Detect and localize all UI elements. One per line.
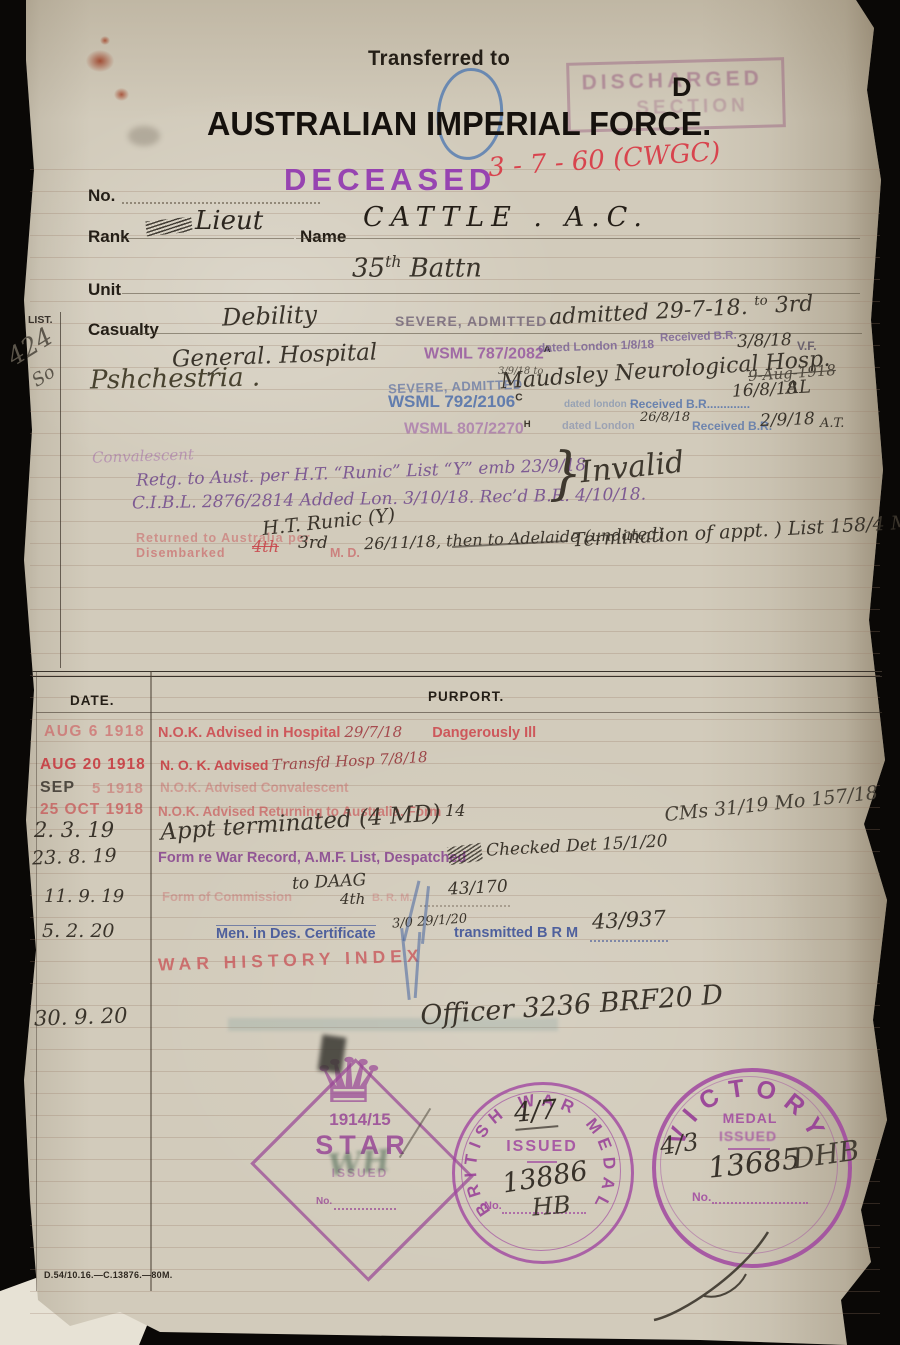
victory-no-line [712, 1202, 808, 1204]
wsml2-text: WSML 792/2106 [388, 392, 515, 411]
row-date-handwritten: 11. 9. 19 [44, 886, 124, 907]
purport-stamp-2: B. R. M. [372, 892, 412, 904]
row-date-stamp-2: 5 1918 [92, 780, 144, 797]
rank-label: Rank [88, 227, 130, 247]
table-row: N.O.K. Advised in Hospital 29/7/18 Dange… [158, 723, 536, 741]
gray-smudge [128, 126, 160, 146]
convalescent-note: Convalescent [92, 445, 195, 467]
wsml3-initials: A.T. [820, 416, 844, 431]
purport-stamp: Form re War Record, A.M.F. List, Despatc… [158, 850, 466, 866]
purport-stamp: Men. in Des. Certificate [216, 925, 376, 942]
disembarked-stamp: Disembarked [136, 546, 226, 560]
ink-blob [318, 1035, 347, 1074]
admitted-ordinal: 3rd [774, 291, 814, 318]
rust-stain [114, 88, 129, 101]
casualty-value: Debility [222, 300, 318, 331]
name-label: Name [300, 227, 346, 247]
margin-rule [60, 312, 61, 668]
name-field-line [296, 238, 860, 239]
casualty-label: Casualty [88, 320, 159, 340]
brace: } [549, 441, 582, 507]
form-reference: D.54/10.16.—C.13876.—80M. [44, 1270, 173, 1280]
row-date-stamp: AUG 6 1918 [44, 723, 145, 741]
severe-admitted-stamp: SEVERE, ADMITTED [395, 313, 547, 329]
rank-value: Lieut [195, 206, 263, 236]
disembarked-struck: 4th [252, 537, 279, 556]
d-mark: D [672, 72, 692, 103]
row-date-handwritten: 30. 9. 20 [34, 1003, 128, 1030]
disembarked-md-number: 3rd [298, 533, 328, 553]
wsml3-text: WSML 807/2270 [404, 420, 524, 437]
table-column-divider [150, 671, 152, 1291]
row-date-handwritten: 5. 2. 20 [42, 920, 115, 942]
unit-ordinal: th [385, 253, 401, 271]
row-date-handwritten: 23. 8. 19 [32, 845, 117, 870]
transferred-to-stamp: Transferred to [368, 47, 510, 71]
victory-no-label: No. [692, 1190, 711, 1204]
wsml3-london-date: 26/8/18 [640, 410, 690, 425]
purport-column-header: PURPORT. [428, 689, 504, 704]
table-header-rule [36, 712, 882, 713]
table-row: N. O. K. Advised Transfd Hosp 7/8/18 [160, 756, 428, 774]
star-no-line [334, 1208, 396, 1210]
wsml1-text: WSML 787/2082 [424, 345, 544, 362]
wsml3-dated-stamp: dated London [562, 420, 635, 432]
row-date-handwritten: 2. 3. 19 [34, 818, 114, 842]
purport-stamp: Form of Commission [162, 889, 292, 904]
star-no-label: No. [316, 1196, 332, 1207]
md-stamp: M. D. [330, 546, 360, 560]
unit-label: Unit [88, 280, 121, 300]
bwm-issued: ISSUED [506, 1138, 578, 1156]
rust-stain [100, 36, 110, 45]
unit-value: 35th Battn [352, 253, 482, 284]
wsml3-received-date: 2/9/18 [760, 409, 815, 431]
bwm-fraction: 4/7 [513, 1094, 559, 1131]
wsml2-dated-stamp: dated london ~ [564, 399, 635, 410]
scanned-service-record: Transferred to DISCHARGED SECTION D AUST… [0, 0, 900, 1345]
unit-battalion: Battn [401, 254, 482, 284]
table-top-rule [32, 671, 882, 677]
row-date-stamp: 25 OCT 1918 [40, 801, 144, 819]
purport-stamp-2: Dangerously Ill [432, 725, 536, 741]
leader-dots [420, 905, 510, 907]
purport-handwriting-3: 43/937 [591, 906, 666, 934]
date-column-header: DATE. [70, 693, 115, 708]
no-field-line [122, 202, 320, 204]
leader-dots [590, 940, 668, 942]
victory-medal-word: MEDAL [723, 1110, 778, 1126]
purport-stamp-2: transmitted B R M [454, 925, 578, 941]
wsml2-letter: C [515, 392, 522, 403]
purport-stamp: N. O. K. Advised [160, 757, 268, 773]
deceased-stamp: DECEASED [284, 162, 496, 198]
wsml1-number: WSML 787/2082A [424, 344, 551, 363]
purport-handwriting: 14 [445, 801, 465, 820]
unit-number: 35 [352, 254, 385, 284]
purport-handwriting: 29/7/18 [344, 723, 402, 741]
admitted-to: to [754, 293, 768, 309]
star-initials-smudge: WH [327, 1143, 392, 1183]
no-label: No. [88, 186, 115, 206]
rust-stain [86, 50, 114, 72]
victory-fraction: 4/3 [658, 1127, 700, 1160]
pencil-flourish [646, 1222, 796, 1327]
diagnosis-note: Pshchestria . [90, 363, 261, 396]
row-date-stamp: SEP [40, 779, 75, 797]
row-date-stamp: AUG 20 1918 [40, 756, 146, 774]
wsml2-initials: AL [785, 376, 811, 398]
table-left-rule [36, 671, 37, 1291]
wsml3-letter: H [524, 419, 531, 430]
wsml3-number: WSML 807/2270H [404, 419, 531, 438]
star-medal-years: 1914/15 [329, 1110, 390, 1130]
name-value: CATTLE . A.C. [363, 202, 649, 233]
purport-stamp: N.O.K. Advised Convalescent [160, 780, 349, 795]
page-title: AUSTRALIAN IMPERIAL FORCE. [207, 105, 711, 143]
purport-handwriting-2: 4th [340, 890, 365, 908]
purport-stamp: N.O.K. Advised in Hospital [158, 725, 340, 741]
bwm-initials: HB [531, 1190, 572, 1221]
wsml2-number: WSML 792/2106C [388, 392, 523, 412]
purport-handwriting-3: 43/170 [448, 876, 509, 899]
victory-issued: ISSUED [719, 1128, 777, 1144]
rank-field-line [122, 238, 294, 239]
bwm-no-label: No. [484, 1200, 502, 1212]
